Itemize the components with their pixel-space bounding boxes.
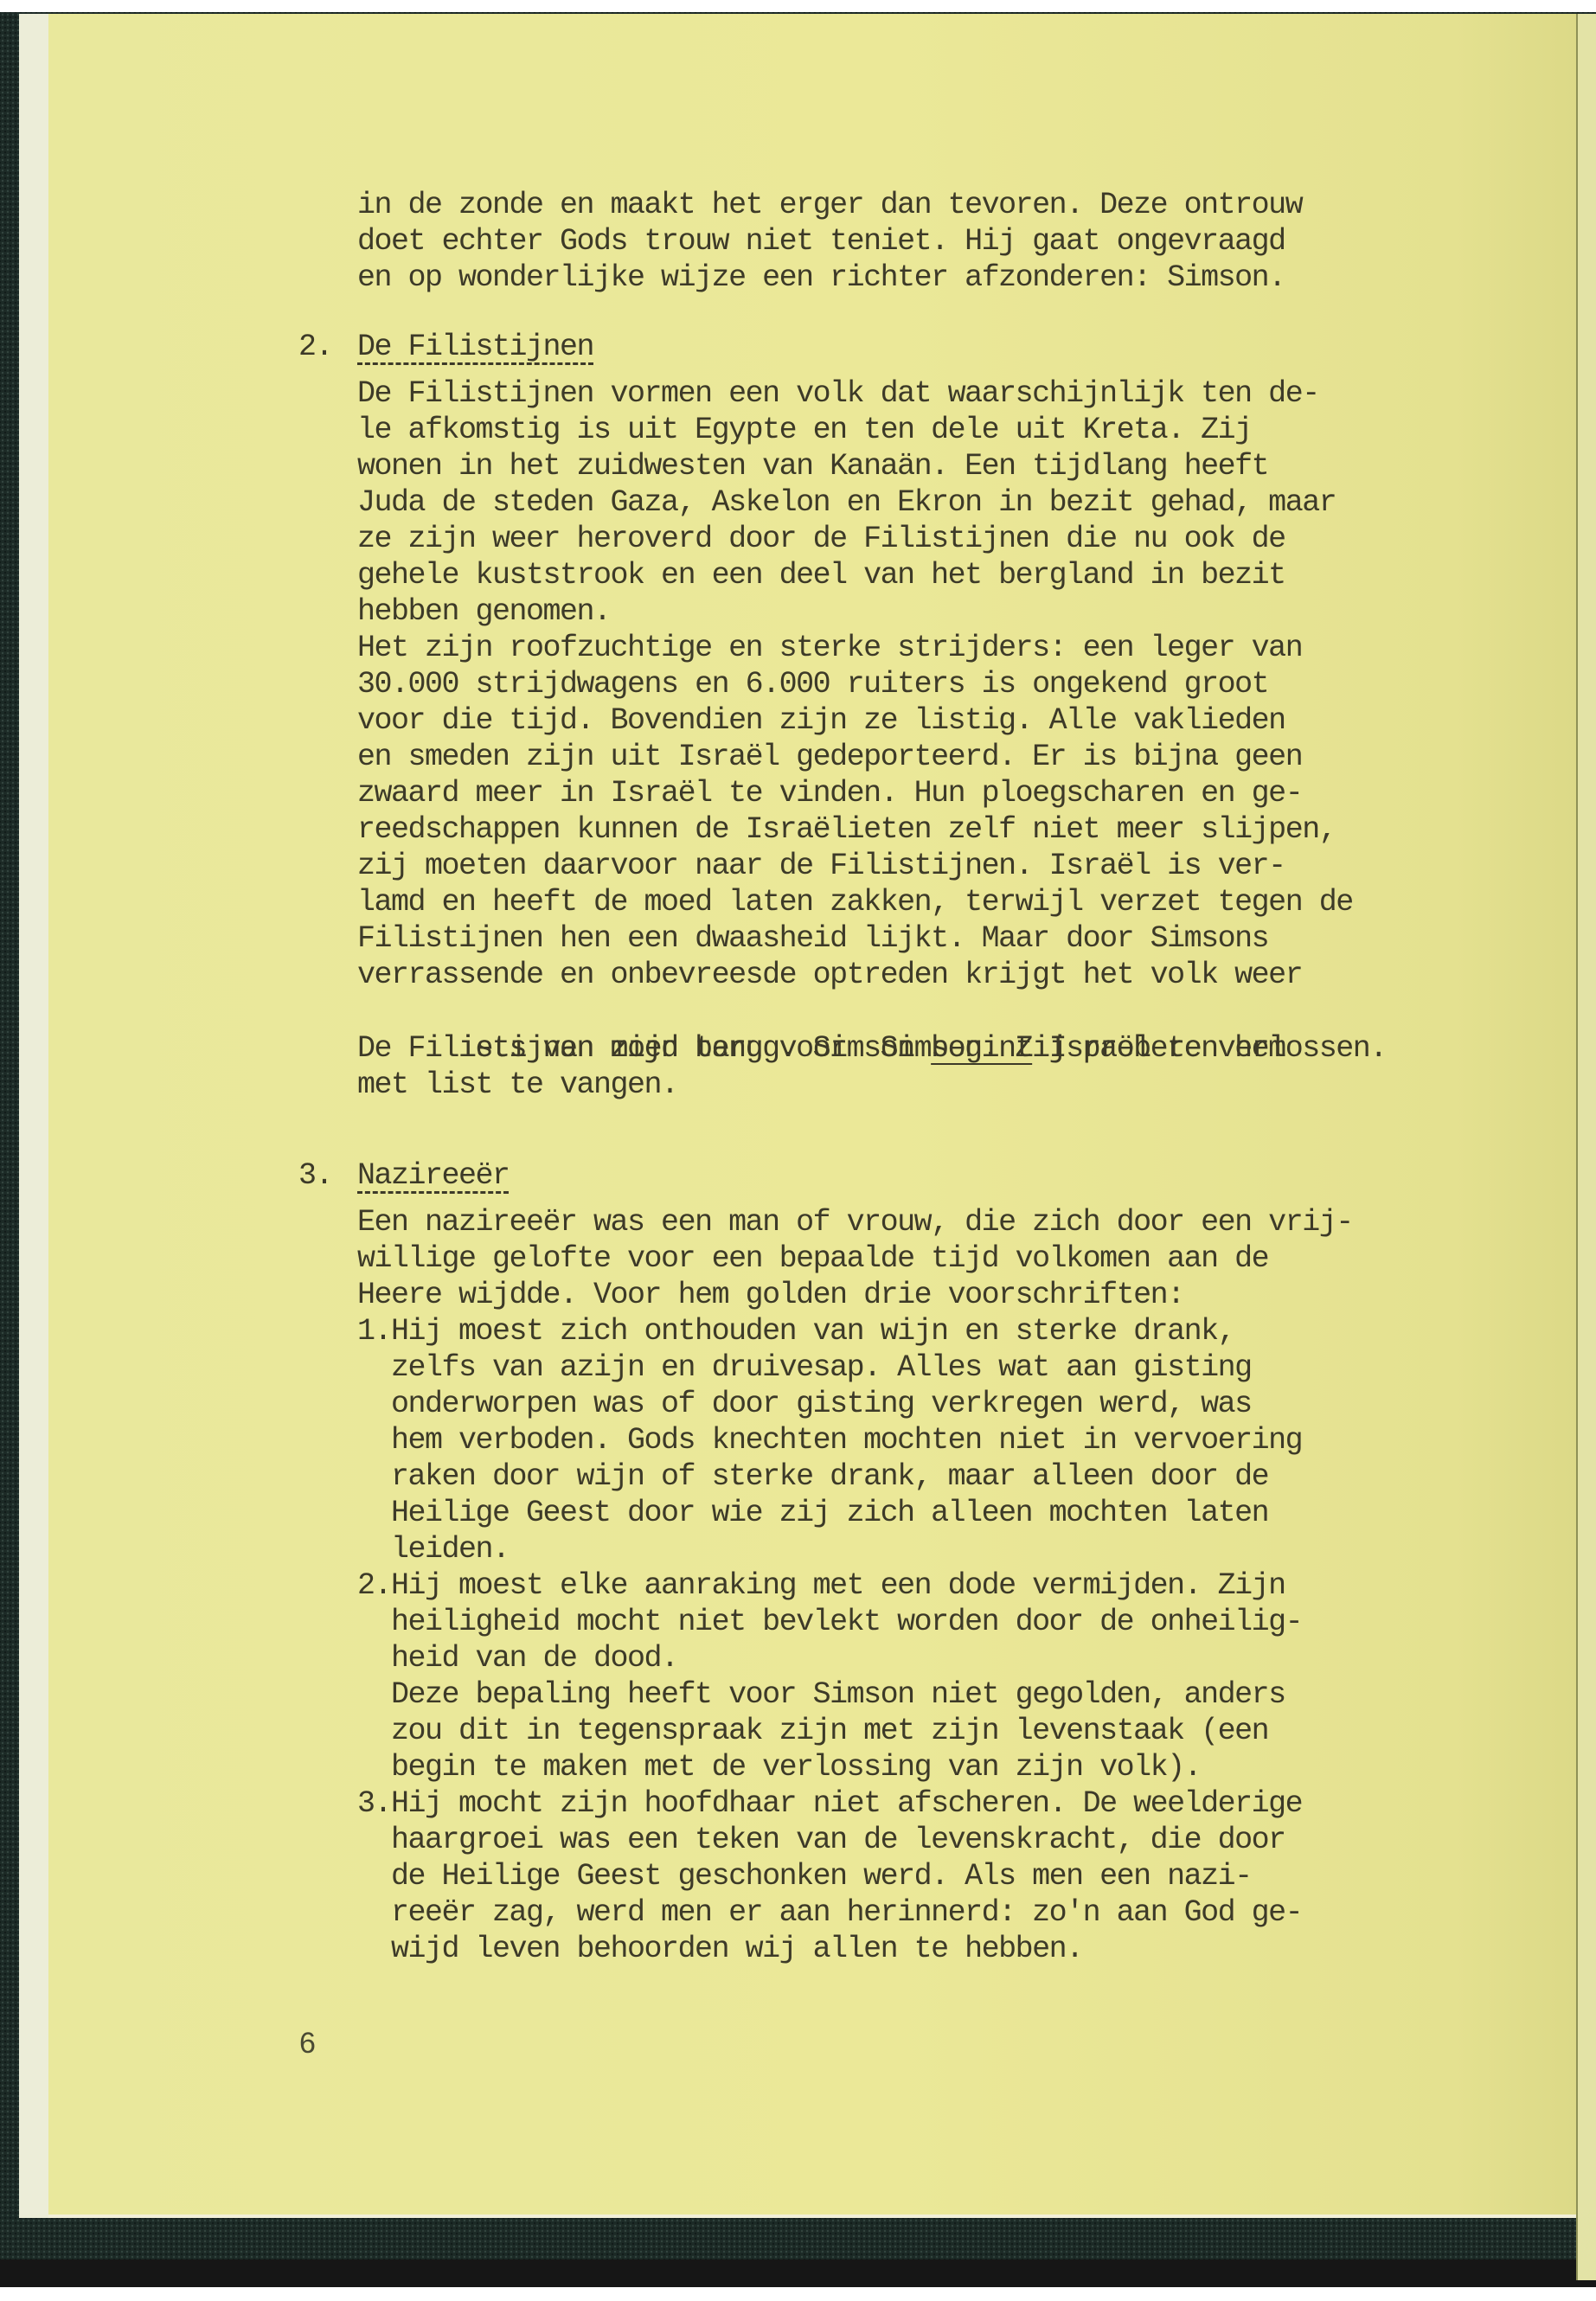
list-item-line: Heilige Geest door wie zij zich alleen m… — [391, 1495, 1268, 1531]
page-body: in de zonde en maakt het erger dan tevor… — [48, 14, 1576, 2218]
paragraph-line: Het zijn roofzuchtige en sterke strijder… — [357, 630, 1302, 666]
paragraph-line: hebben genomen. — [357, 593, 611, 630]
list-item-number: 2. — [357, 1567, 391, 1604]
paragraph-line: le afkomstig is uit Egypte en ten dele u… — [357, 412, 1252, 448]
intro-line: doet echter Gods trouw niet teniet. Hij … — [357, 223, 1285, 260]
list-item-line: wijd leven behoorden wij allen te hebben… — [391, 1931, 1083, 1967]
list-item-line: zou dit in tegenspraak zijn met zijn lev… — [391, 1713, 1268, 1749]
paragraph-line: De Filistijnen vormen een volk dat waars… — [357, 375, 1319, 412]
page-edge — [19, 14, 50, 2218]
list-item-line: de Heilige Geest geschonken werd. Als me… — [391, 1858, 1252, 1894]
list-item-line: Hij moest zich onthouden van wijn en ste… — [391, 1313, 1234, 1349]
paragraph-line: en smeden zijn uit Israël gedeporteerd. … — [357, 739, 1302, 775]
section-number: 3. — [298, 1157, 332, 1194]
list-item-line: heiligheid mocht niet bevlekt worden doo… — [391, 1604, 1302, 1640]
list-item-line: heid van de dood. — [391, 1640, 678, 1676]
list-item-line: Hij mocht zijn hoofdhaar niet afscheren.… — [391, 1785, 1302, 1822]
paragraph-line: De Filistijnen zijn bang voor Simson. Zi… — [357, 1030, 1285, 1067]
list-item-line: begin te maken met de verlossing van zij… — [391, 1749, 1201, 1785]
paragraph-line: Een nazireeër was een man of vrouw, die … — [357, 1204, 1353, 1240]
list-item-line: reeër zag, werd men er aan herinnerd: zo… — [391, 1894, 1302, 1931]
section-heading: De Filistijnen — [357, 329, 593, 365]
list-item-line: Hij moest elke aanraking met een dode ve… — [391, 1567, 1285, 1604]
list-item-line: leiden. — [391, 1531, 510, 1567]
paragraph-line: voor die tijd. Bovendien zijn ze listig.… — [357, 702, 1285, 739]
intro-line: en op wonderlijke wijze een richter afzo… — [357, 260, 1285, 296]
page-gutter — [1576, 14, 1596, 2280]
paragraph-line: gehele kuststrook en een deel van het be… — [357, 557, 1285, 593]
document-page: in de zonde en maakt het erger dan tevor… — [48, 14, 1576, 2218]
list-item-line: zelfs van azijn en druivesap. Alles wat … — [391, 1349, 1252, 1386]
list-item-line: raken door wijn of sterke drank, maar al… — [391, 1458, 1268, 1495]
intro-line: in de zonde en maakt het erger dan tevor… — [357, 187, 1302, 223]
page-number: 6 — [299, 2027, 316, 2061]
section-number: 2. — [298, 329, 332, 365]
paragraph-line: met list te vangen. — [357, 1067, 678, 1103]
paragraph-line: ze zijn weer heroverd door de Filistijne… — [357, 521, 1285, 557]
paragraph-line: Heere wijdde. Voor hem golden drie voors… — [357, 1277, 1184, 1313]
list-item-number: 3. — [357, 1785, 391, 1822]
paragraph-line: 30.000 strijdwagens en 6.000 ruiters is … — [357, 666, 1268, 702]
list-item-line: onderworpen was of door gisting verkrege… — [391, 1386, 1252, 1422]
paragraph-line: verrassende en onbevreesde optreden krij… — [357, 957, 1302, 993]
list-item-number: 1. — [357, 1313, 391, 1349]
section-heading: Nazireeër — [357, 1157, 510, 1194]
paragraph-line: wonen in het zuidwesten van Kanaän. Een … — [357, 448, 1268, 484]
paragraph-line: lamd en heeft de moed laten zakken, terw… — [357, 884, 1353, 920]
paragraph-line: zwaard meer in Israël te vinden. Hun plo… — [357, 775, 1302, 811]
paragraph-line: zij moeten daarvoor naar de Filistijnen.… — [357, 848, 1285, 884]
paragraph-line: reedschappen kunnen de Israëlieten zelf … — [357, 811, 1336, 848]
book-cover-bottom-edge — [0, 2259, 1596, 2287]
paragraph-line: willige gelofte voor een bepaalde tijd v… — [357, 1240, 1268, 1277]
list-item-line: haargroei was een teken van de levenskra… — [391, 1822, 1285, 1858]
paragraph-line: Juda de steden Gaza, Askelon en Ekron in… — [357, 484, 1336, 521]
paragraph-line: Filistijnen hen een dwaasheid lijkt. Maa… — [357, 920, 1268, 957]
list-item-line: Deze bepaling heeft voor Simson niet geg… — [391, 1676, 1285, 1713]
list-item-line: hem verboden. Gods knechten mochten niet… — [391, 1422, 1302, 1458]
